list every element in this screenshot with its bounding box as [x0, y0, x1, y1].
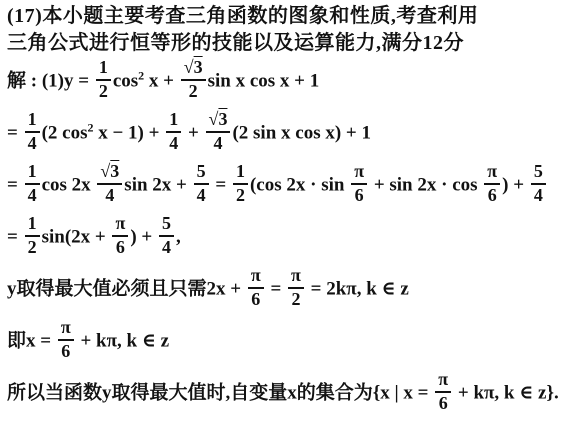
- solution-conclusion: 所以当函数y取得最大值时,自变量x的集合为{x | x = π6 + kπ, k…: [7, 372, 578, 421]
- fraction: 14: [25, 109, 40, 154]
- fraction: 12: [233, 161, 248, 206]
- solution-max-condition: y取得最大值必须且只需2x + π6 = π2 = 2kπ, k ∈ z: [7, 268, 578, 317]
- solution-eq-original: 解 : (1)y = 12cos2 x + √32sin x cos x + 1: [7, 60, 578, 109]
- fraction: π2: [288, 265, 304, 310]
- solution-eq-double-angle: = 14cos 2x √34sin 2x + 54 = 12(cos 2x · …: [7, 164, 578, 213]
- fraction: 14: [25, 161, 40, 206]
- solution-x-value: 即x = π6 + kπ, k ∈ z: [7, 320, 578, 369]
- fraction: π6: [351, 161, 367, 206]
- fraction: π6: [484, 161, 500, 206]
- solution-eq-simplified: = 12sin(2x + π6) + 54,: [7, 216, 578, 265]
- superscript: 2: [138, 68, 144, 82]
- problem-intro-line-2: 三角公式进行恒等形的技能以及运算能力,满分12分: [7, 30, 578, 57]
- fraction: 12: [96, 57, 111, 102]
- fraction: √34: [206, 109, 231, 154]
- fraction: π6: [248, 265, 264, 310]
- fraction: 54: [531, 161, 546, 206]
- fraction: π6: [435, 369, 451, 414]
- fraction: 14: [166, 109, 181, 154]
- solution-eq-double-angle-setup: = 14(2 cos2 x − 1) + 14 + √34(2 sin x co…: [7, 112, 578, 161]
- fraction: π6: [58, 317, 74, 362]
- solution-document: (17)本小题主要考查三角函数的图象和性质,考查利用 三角公式进行恒等形的技能以…: [0, 0, 582, 421]
- fraction: 12: [25, 213, 40, 258]
- fraction: √32: [181, 57, 206, 102]
- radical-sign: √3: [100, 161, 119, 181]
- problem-intro-line-1: (17)本小题主要考查三角函数的图象和性质,考查利用: [7, 3, 578, 30]
- radical-sign: √3: [184, 57, 203, 77]
- fraction: π6: [112, 213, 128, 258]
- superscript: 2: [87, 120, 93, 134]
- radical-sign: √3: [209, 109, 228, 129]
- fraction: 54: [159, 213, 174, 258]
- fraction: √34: [97, 161, 122, 206]
- fraction: 54: [194, 161, 209, 206]
